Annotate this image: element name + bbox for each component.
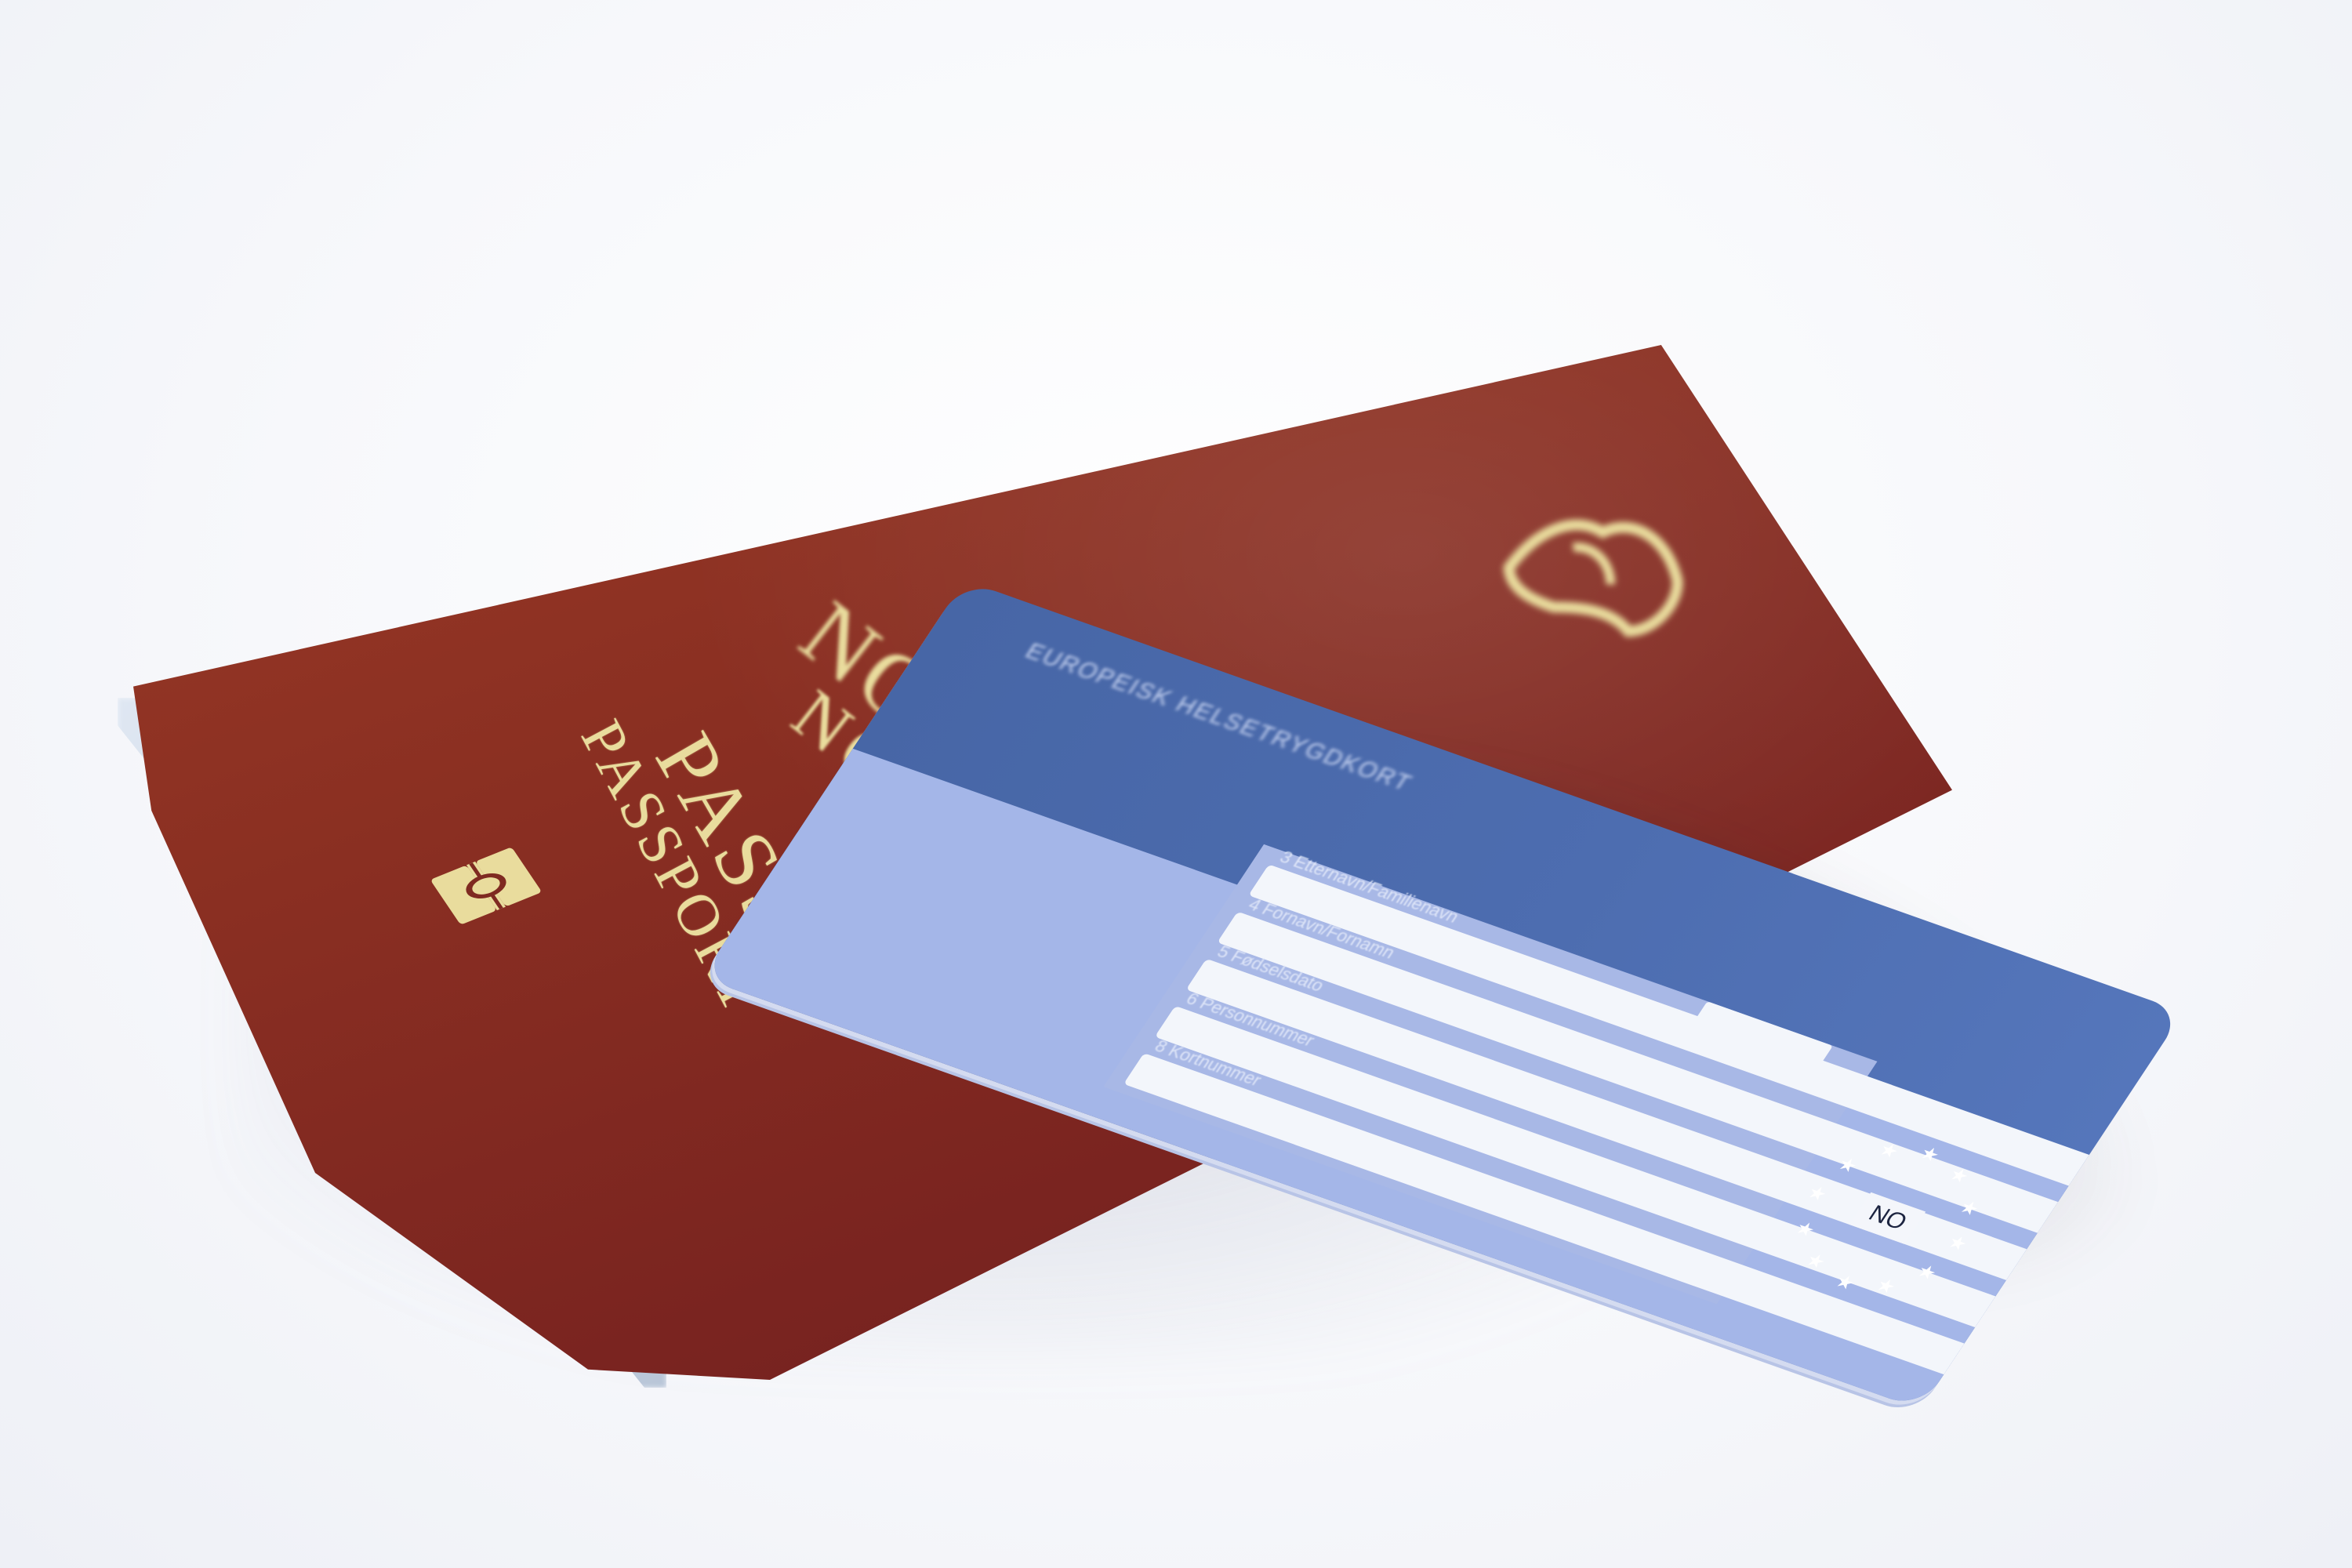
eu-star-icon: ★ [1955, 1196, 1984, 1219]
eu-star-icon: ★ [1875, 1139, 1904, 1162]
eu-star-icon: ★ [1831, 1271, 1859, 1294]
eu-star-icon: ★ [1834, 1153, 1862, 1176]
eu-star-icon: ★ [1913, 1261, 1941, 1283]
eu-star-icon: ★ [1791, 1218, 1820, 1240]
eu-star-icon: ★ [1944, 1232, 1972, 1254]
eu-star-icon: ★ [1871, 1275, 1900, 1298]
country-code-badge: NO [1849, 1192, 1926, 1244]
eu-star-icon: ★ [1802, 1250, 1830, 1272]
eu-star-icon: ★ [1916, 1143, 1944, 1166]
eu-star-icon: ★ [1803, 1182, 1831, 1205]
eu-star-icon: ★ [1945, 1164, 1973, 1187]
photo-scene: NORGE NOREG PASS PASSPORT G EUROPEISK HE… [0, 0, 2352, 1568]
